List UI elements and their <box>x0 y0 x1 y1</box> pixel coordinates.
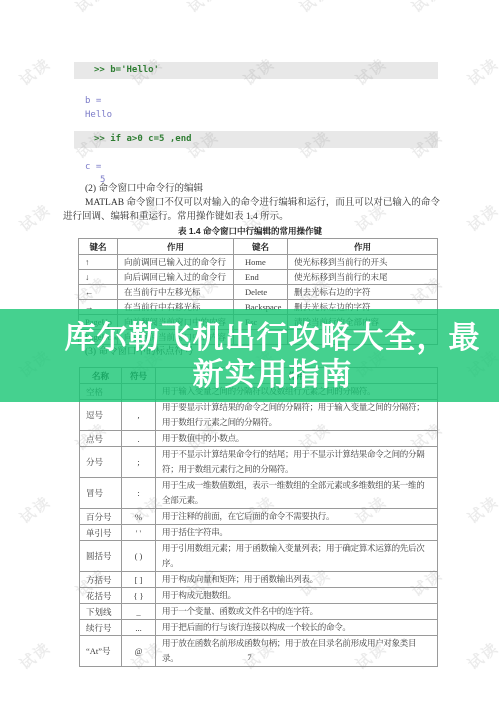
table-cell: 用于构成向量和矩阵；用于函数输出列表。 <box>156 572 438 588</box>
table-row: 花括号{ }用于构成元胞数组。 <box>80 588 438 604</box>
column-header: 键名 <box>79 239 118 255</box>
page-number: 7 <box>0 652 499 662</box>
table-cell: ↓ <box>79 270 118 285</box>
table-cell: ← <box>79 285 118 300</box>
table-cell: 下划线 <box>80 604 122 620</box>
table-row: 下划线_用于一个变量、函数或文件名中的连字符。 <box>80 604 438 620</box>
table-cell: 用于一个变量、函数或文件名中的连字符。 <box>156 604 438 620</box>
table-cell: 用于把后面的行与该行连接以构成一个较长的命令。 <box>156 620 438 636</box>
table-cell: End <box>234 270 288 285</box>
table-row: 单引号' '用于括住字符串。 <box>80 525 438 541</box>
column-header: 键名 <box>234 239 288 255</box>
table-row: 百分号%用于注释的前面，在它后面的命令不需要执行。 <box>80 509 438 525</box>
table-cell: 花括号 <box>80 588 122 604</box>
code-command-bar: >> b='Hello' <box>74 62 438 79</box>
table-cell: 用于要显示计算结果的命令之间的分隔符；用于输入变量之间的分隔符；用于数组行元素之… <box>156 400 438 431</box>
table-cell: : <box>122 478 156 509</box>
table-cell: [ ] <box>122 572 156 588</box>
code-output-line: Hello <box>85 109 112 122</box>
section-heading-2: (2) 命令窗口中命令行的编辑 <box>85 183 203 196</box>
punctuation-table: 名称符号作用 空格用于输入变量之间的分隔符以及数组行元素之间的分隔符。逗号,用于… <box>79 367 438 667</box>
table-cell: 用于括住字符串。 <box>156 525 438 541</box>
table-cell: 用于引用数组元素；用于函数输入变量列表；用于确定算术运算的先后次序。 <box>156 541 438 572</box>
table-cell: 分号 <box>80 447 122 478</box>
table-cell: 逗号 <box>80 400 122 431</box>
table-row: ←在当前行中左移光标Delete删去光标右边的字符 <box>79 285 438 300</box>
ad-banner-text-line: 新实用指南 <box>193 356 353 393</box>
table-cell: . <box>122 431 156 447</box>
table-cell: ; <box>122 447 156 478</box>
table-cell: 用于生成一维数值数组，表示一维数组的全部元素或多维数组的某一维的全部元素。 <box>156 478 438 509</box>
table-cell: _ <box>122 604 156 620</box>
table1-title: 表 1.4 命令窗口中行编辑的常用操作键 <box>60 225 440 237</box>
table-cell: ↑ <box>79 255 118 270</box>
table-cell: 用于不显示计算结果命令行的结尾；用于不显示计算结果命令之间的分隔符；用于数组元素… <box>156 447 438 478</box>
table-cell: 使光标移到当前行的末尾 <box>288 270 438 285</box>
table-cell: ( ) <box>122 541 156 572</box>
column-header: 作用 <box>288 239 438 255</box>
table-cell: 使光标移到当前行的开头 <box>288 255 438 270</box>
table-row: ↑向前调回已输入过的命令行Home使光标移到当前行的开头 <box>79 255 438 270</box>
table-row: 分号;用于不显示计算结果命令行的结尾；用于不显示计算结果命令之间的分隔符；用于数… <box>80 447 438 478</box>
table-cell: 用于数值中的小数点。 <box>156 431 438 447</box>
table-row: 圆括号( )用于引用数组元素；用于函数输入变量列表；用于确定算术运算的先后次序。 <box>80 541 438 572</box>
table-cell: Home <box>234 255 288 270</box>
table-cell: Delete <box>234 285 288 300</box>
table-cell: % <box>122 509 156 525</box>
table-cell: 用于注释的前面，在它后面的命令不需要执行。 <box>156 509 438 525</box>
ad-banner-text-line: 库尔勒飞机出行攻略大全，最 <box>65 319 481 356</box>
code-command-bar: >> if a>0 c=5 ,end <box>74 131 438 148</box>
code-output-line: b = <box>85 95 101 108</box>
table-row: 方括号[ ]用于构成向量和矩阵；用于函数输出列表。 <box>80 572 438 588</box>
document-page: >> b='Hello' b = Hello >> if a>0 c=5 ,en… <box>0 0 499 706</box>
table-cell: 删去光标右边的字符 <box>288 285 438 300</box>
table-row: 逗号,用于要显示计算结果的命令之间的分隔符；用于输入变量之间的分隔符；用于数组行… <box>80 400 438 431</box>
ad-banner-overlay[interactable]: 库尔勒飞机出行攻略大全，最 新实用指南 <box>0 309 499 402</box>
paragraph-line: 进行回调、编辑和重运行。常用操作键如表 1.4 所示。 <box>63 211 289 224</box>
table-cell: 点号 <box>80 431 122 447</box>
table-row: 冒号:用于生成一维数值数组，表示一维数组的全部元素或多维数组的某一维的全部元素。 <box>80 478 438 509</box>
table-cell: 向前调回已输入过的命令行 <box>118 255 234 270</box>
table-row: 点号.用于数值中的小数点。 <box>80 431 438 447</box>
table-cell: 百分号 <box>80 509 122 525</box>
table-cell: 圆括号 <box>80 541 122 572</box>
table-cell: , <box>122 400 156 431</box>
table-row: ↓向后调回已输入过的命令行End使光标移到当前行的末尾 <box>79 270 438 285</box>
table-cell: 在当前行中左移光标 <box>118 285 234 300</box>
table-row: 续行号...用于把后面的行与该行连接以构成一个较长的命令。 <box>80 620 438 636</box>
table-cell: 单引号 <box>80 525 122 541</box>
code-output-line: c = <box>85 161 101 174</box>
table-cell: 方括号 <box>80 572 122 588</box>
column-header: 作用 <box>118 239 234 255</box>
table-cell: 冒号 <box>80 478 122 509</box>
table-cell: { } <box>122 588 156 604</box>
table-header-row: 键名作用键名作用 <box>79 239 438 255</box>
paragraph-line: MATLAB 命令窗口不仅可以对输入的命令进行编辑和运行，而且可以对已输入的命令 <box>85 197 440 210</box>
table-cell: ' ' <box>122 525 156 541</box>
table-cell: 用于构成元胞数组。 <box>156 588 438 604</box>
table-cell: 向后调回已输入过的命令行 <box>118 270 234 285</box>
table-cell: 续行号 <box>80 620 122 636</box>
table-cell: ... <box>122 620 156 636</box>
